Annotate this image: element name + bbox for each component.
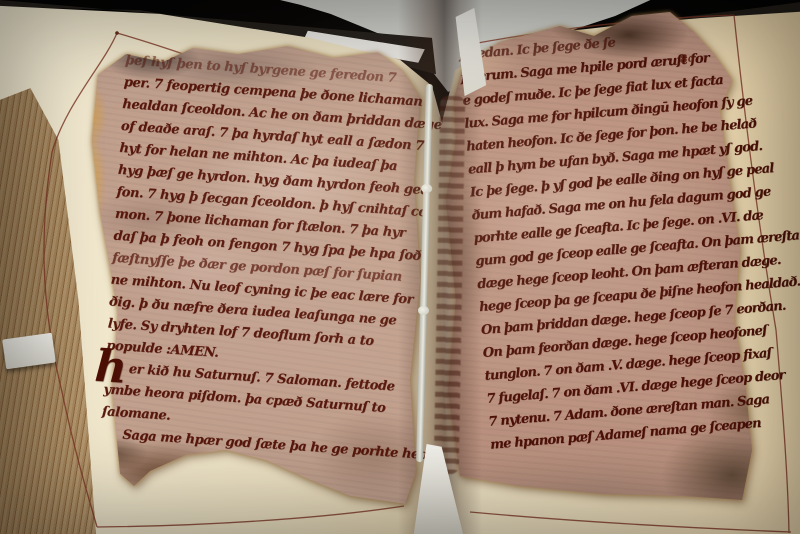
folio-number-mark: 8a [679,51,695,66]
right-page-text: feredan. Ic þe ſege ðe ſe fiderum. Saga … [458,18,800,456]
left-page-text: þeſ hyſ þen to hyſ byrgene ge feredon 7 … [100,50,426,465]
large-initial-letter: h [94,346,129,390]
right-frame-bottom-rule [470,512,791,532]
frame-corner-dot [115,31,119,35]
left-frame-bottom-rule [97,506,404,527]
photo-open-manuscript-book: þeſ hyſ þen to hyſ byrgene ge feredon 7 … [0,0,800,534]
